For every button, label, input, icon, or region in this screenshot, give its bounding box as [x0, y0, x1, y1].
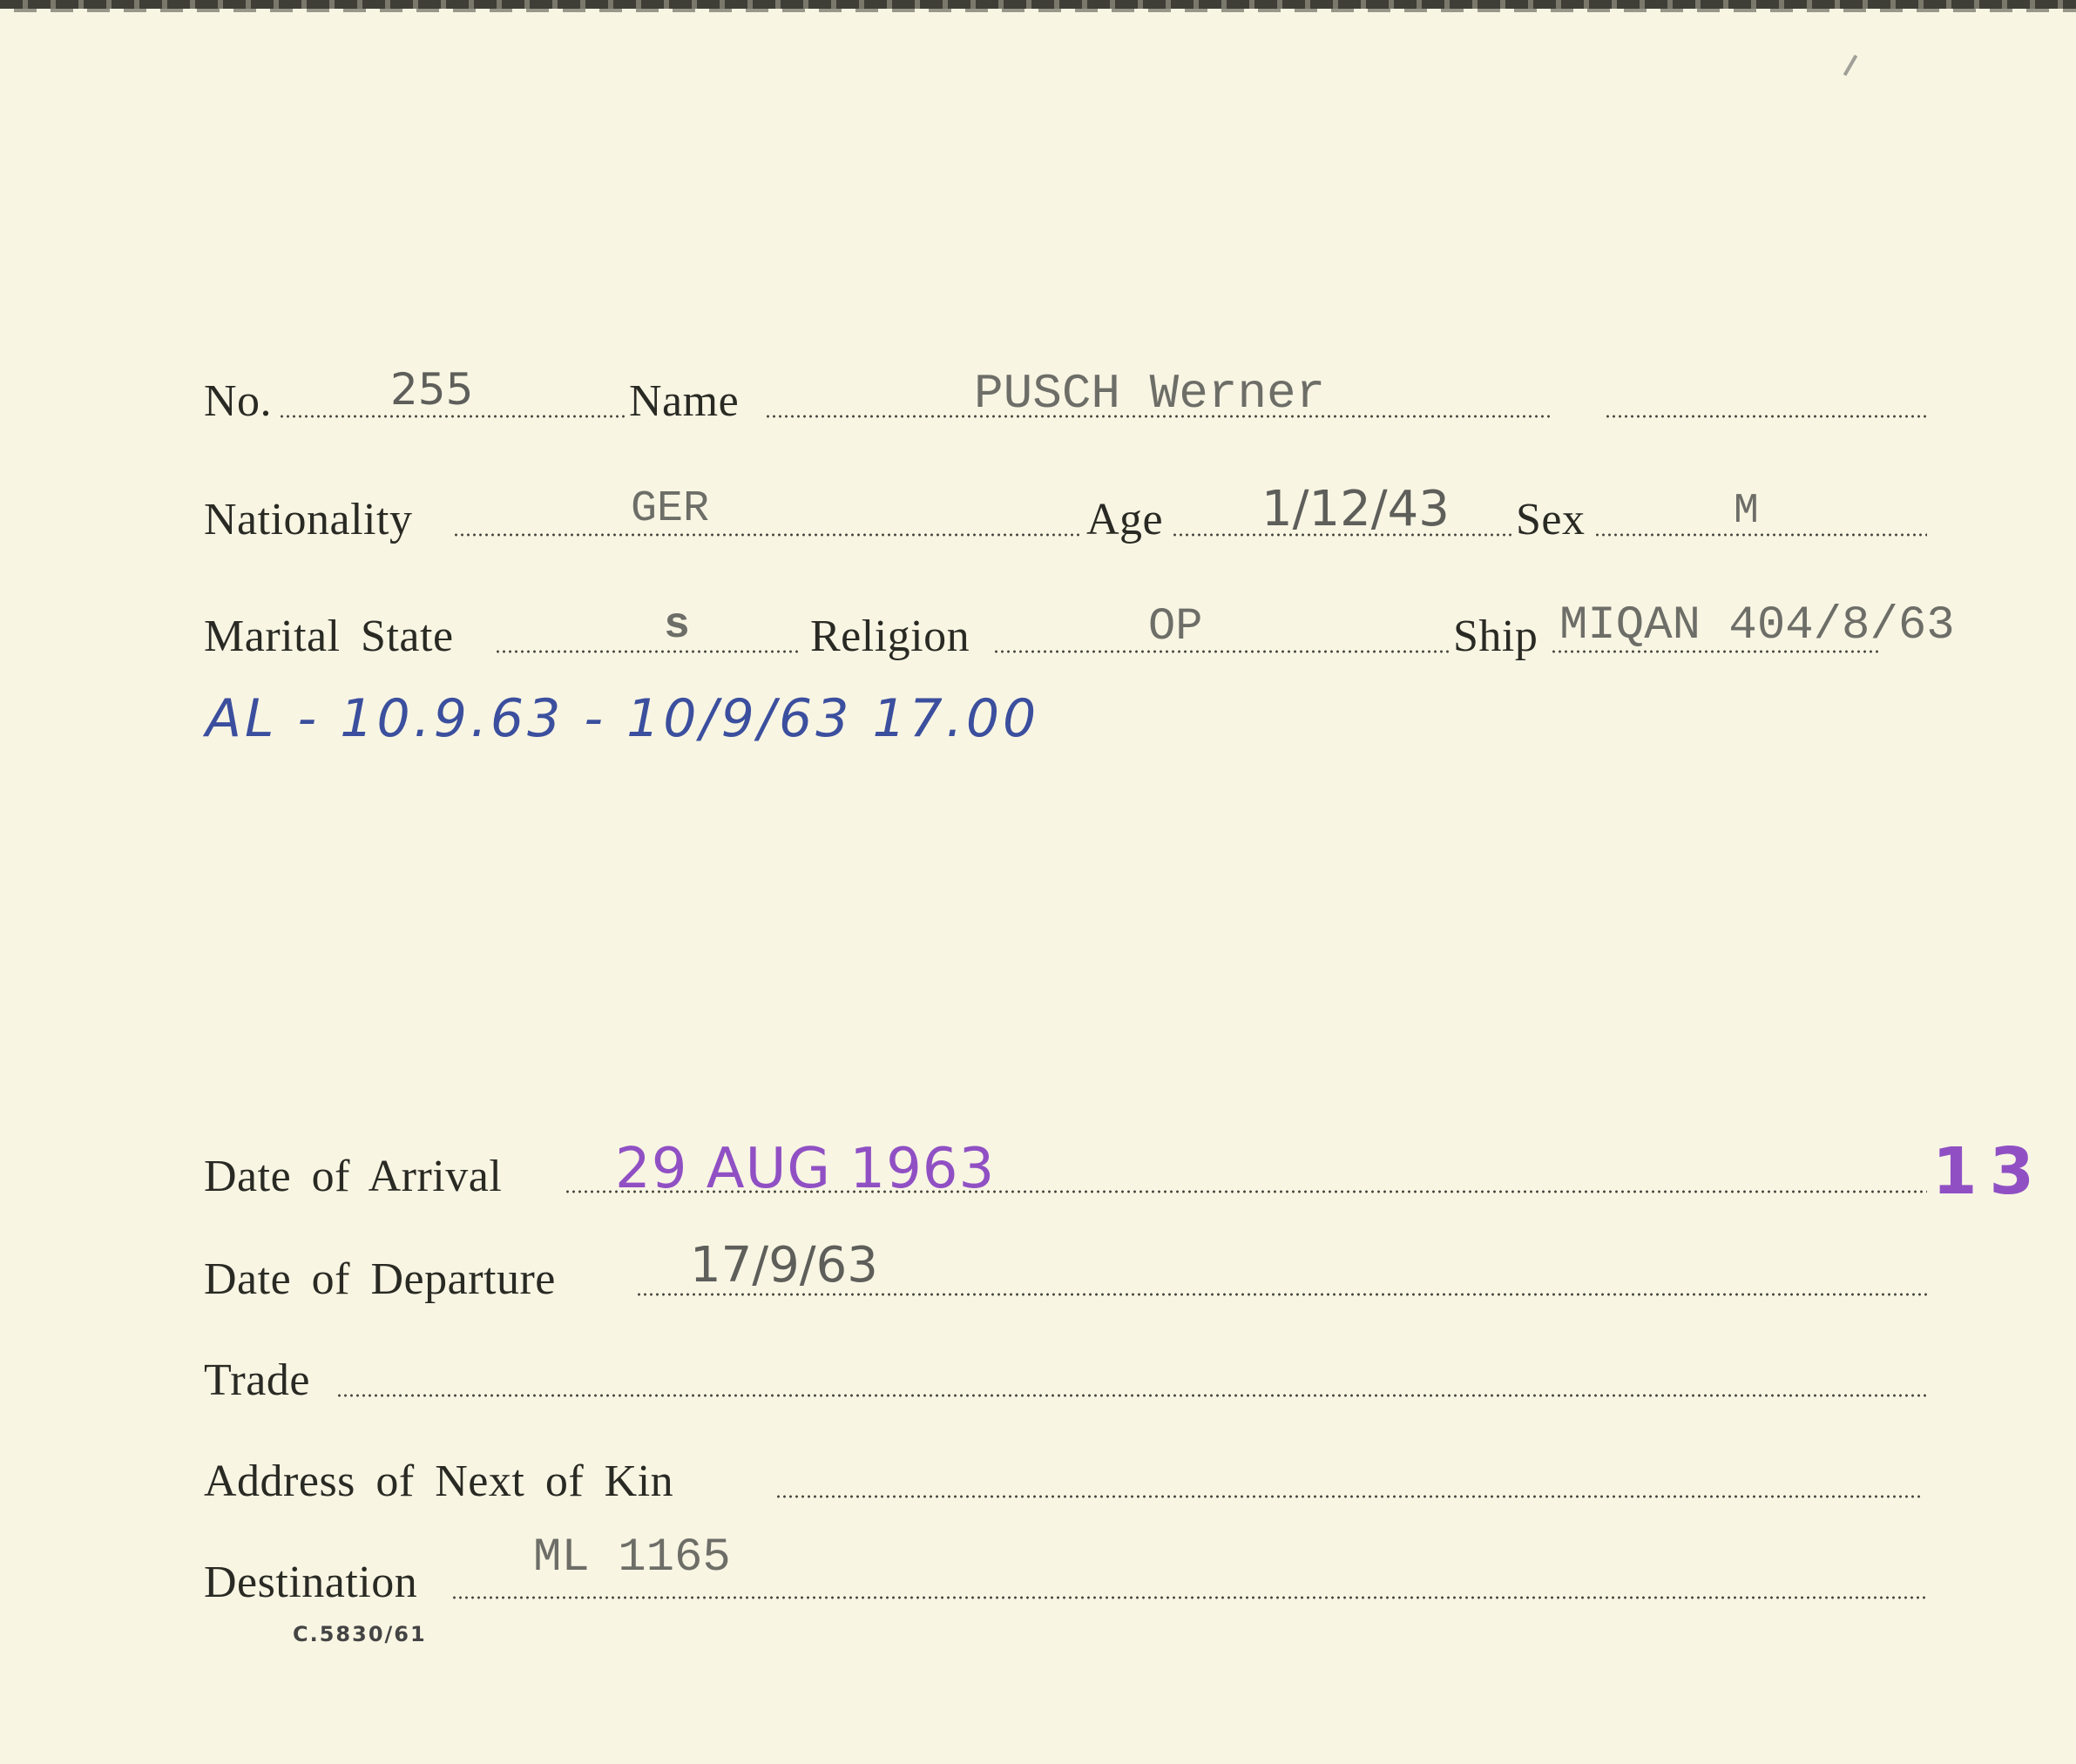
handwritten-note: AL - 10.9.63 - 10/9/63 17.00	[206, 688, 1039, 749]
perforated-edge-shadow	[0, 9, 2076, 12]
trade-dotted-line	[336, 1394, 1927, 1397]
destination-value: ML 1165	[533, 1531, 731, 1585]
number-value: 255	[390, 364, 473, 415]
trade-label: Trade	[204, 1355, 310, 1406]
nationality-label: Nationality	[204, 494, 412, 545]
row-destination: Destination	[0, 1547, 2076, 1608]
religion-label: Religion	[810, 611, 970, 662]
next-of-kin-dotted-line	[775, 1495, 1924, 1498]
age-label: Age	[1086, 494, 1163, 545]
marital-state-label: Marital State	[204, 611, 454, 662]
nationality-dotted-line	[453, 533, 1082, 537]
marital-state-value: s	[664, 601, 690, 651]
sex-label: Sex	[1516, 494, 1586, 545]
arrival-date-stamp: 29 AUG 1963	[615, 1137, 995, 1201]
next-of-kin-label: Address of Next of Kin	[204, 1456, 673, 1507]
sex-dotted-line	[1594, 533, 1927, 537]
departure-value: 17/9/63	[690, 1237, 878, 1294]
age-value: 1/12/43	[1261, 481, 1450, 537]
number-dotted-line	[279, 415, 627, 418]
row-nationality-age-sex: Nationality Age Sex	[0, 484, 2076, 545]
religion-dotted-line	[993, 650, 1451, 653]
nationality-value: GER	[631, 484, 709, 534]
number-label: No.	[204, 375, 272, 427]
name-dotted-line-2	[1605, 415, 1927, 418]
pen-mark	[1843, 55, 1857, 77]
name-label: Name	[629, 375, 739, 427]
destination-dotted-line	[451, 1596, 1927, 1599]
row-trade: Trade	[0, 1345, 2076, 1406]
ship-value: MIQAN 404/8/63	[1559, 599, 1955, 652]
departure-label: Date of Departure	[204, 1254, 556, 1305]
arrival-label: Date of Arrival	[204, 1151, 502, 1202]
row-next-of-kin: Address of Next of Kin	[0, 1446, 2076, 1507]
form-code: C.5830/61	[293, 1622, 427, 1646]
name-value: PUSCH Werner	[974, 366, 1325, 422]
arrival-number-stamp: 13	[1932, 1134, 2046, 1209]
ship-label: Ship	[1453, 611, 1538, 662]
row-arrival: Date of Arrival	[0, 1141, 2076, 1202]
sex-value: M	[1734, 488, 1759, 535]
row-departure: Date of Departure	[0, 1244, 2076, 1305]
marital-dotted-line	[495, 650, 800, 653]
perforated-edge	[0, 0, 2076, 9]
destination-label: Destination	[204, 1557, 417, 1608]
religion-value: OP	[1148, 601, 1202, 652]
